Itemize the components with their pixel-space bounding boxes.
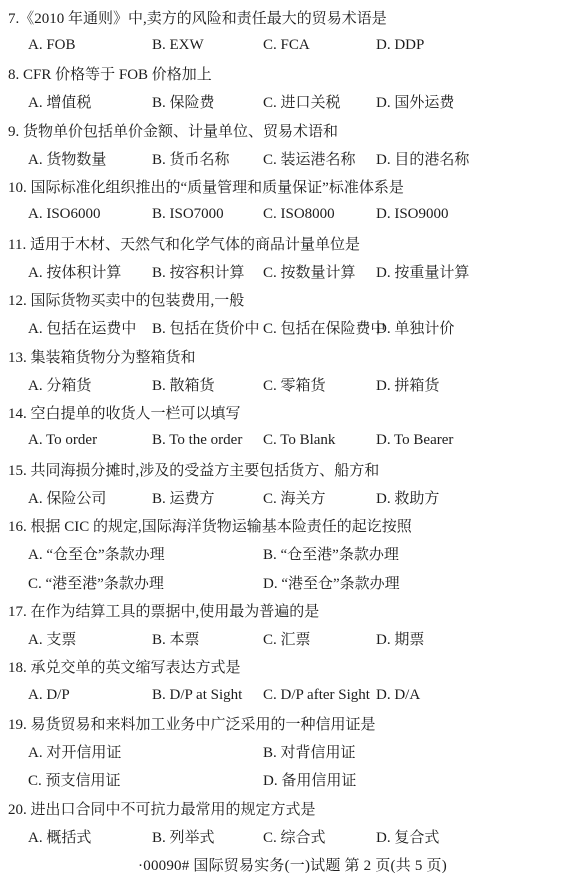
question-19-option-a: A. 对开信用证 (28, 741, 263, 762)
question-18-options-row: A. D/PB. D/P at SightC. D/P after SightD… (0, 681, 585, 709)
question-20-option-c: C. 综合式 (263, 826, 376, 847)
question-20-option-b: B. 列举式 (152, 826, 263, 847)
question-10-option-b: B. ISO7000 (152, 206, 263, 223)
question-9-option-a: A. 货物数量 (28, 148, 152, 169)
question-14-text: 14. 空白提单的收货人一栏可以填写 (0, 399, 585, 427)
question-14-option-b: B. To the order (152, 432, 263, 449)
question-15-option-c: C. 海关方 (263, 487, 376, 508)
question-17-option-a: A. 支票 (28, 628, 152, 649)
question-9-options-row: A. 货物数量B. 货币名称C. 装运港名称D. 目的港名称 (0, 144, 585, 172)
question-13-option-a: A. 分箱货 (28, 374, 152, 395)
question-11-text: 11. 适用于木材、天然气和化学气体的商品计量单位是 (0, 229, 585, 257)
question-8-text: 8. CFR 价格等于 FOB 价格加上 (0, 60, 585, 88)
question-list: 7.《2010 年通则》中,卖方的风险和责任最大的贸易术语是A. FOBB. E… (0, 3, 585, 851)
question-17-option-d: D. 期票 (376, 628, 424, 649)
question-18-option-d: D. D/A (376, 687, 420, 704)
question-12-option-c: C. 包括在保险费中 (263, 317, 376, 338)
question-19-option-c: C. 预支信用证 (28, 769, 263, 790)
question-13-options-row: A. 分箱货B. 散箱货C. 零箱货D. 拼箱货 (0, 370, 585, 398)
question-9-option-c: C. 装运港名称 (263, 148, 376, 169)
question-8-option-c: C. 进口关税 (263, 91, 376, 112)
question-20-text: 20. 进出口合同中不可抗力最常用的规定方式是 (0, 794, 585, 822)
question-16-option-d: D. “港至仓”条款办理 (263, 572, 400, 593)
question-17-text: 17. 在作为结算工具的票据中,使用最为普遍的是 (0, 596, 585, 624)
question-15-text: 15. 共同海损分摊时,涉及的受益方主要包括货方、船方和 (0, 455, 585, 483)
question-7-option-d: D. DDP (376, 37, 424, 54)
question-17-option-c: C. 汇票 (263, 628, 376, 649)
question-12-text: 12. 国际货物买卖中的包装费用,一般 (0, 286, 585, 314)
question-7-options-row: A. FOBB. EXWC. FCAD. DDP (0, 31, 585, 59)
question-18-option-a: A. D/P (28, 687, 152, 704)
question-8-option-d: D. 国外运费 (376, 91, 454, 112)
question-12-option-b: B. 包括在货价中 (152, 317, 263, 338)
question-15-option-a: A. 保险公司 (28, 487, 152, 508)
question-16-option-b: B. “仓至港”条款办理 (263, 543, 399, 564)
question-12-option-d: D. 单独计价 (376, 317, 454, 338)
question-8-option-a: A. 增值税 (28, 91, 152, 112)
question-16-option-a: A. “仓至仓”条款办理 (28, 543, 263, 564)
question-13-option-c: C. 零箱货 (263, 374, 376, 395)
question-7-option-b: B. EXW (152, 37, 263, 54)
question-11-option-b: B. 按容积计算 (152, 261, 263, 282)
question-10-text: 10. 国际标准化组织推出的“质量管理和质量保证”标准体系是 (0, 173, 585, 201)
question-7-option-c: C. FCA (263, 37, 376, 54)
question-8-option-b: B. 保险费 (152, 91, 263, 112)
question-16-text: 16. 根据 CIC 的规定,国际海洋货物运输基本险责任的起讫按照 (0, 512, 585, 540)
question-10-options-row: A. ISO6000B. ISO7000C. ISO8000D. ISO9000 (0, 201, 585, 229)
page-footer: ·00090# 国际贸易实务(一)试题 第 2 页(共 5 页) (0, 851, 585, 879)
question-16-options-row: C. “港至港”条款办理D. “港至仓”条款办理 (0, 568, 585, 596)
question-19-option-b: B. 对背信用证 (263, 741, 356, 762)
question-19-option-d: D. 备用信用证 (263, 769, 356, 790)
question-15-option-d: D. 救助方 (376, 487, 439, 508)
question-14-option-d: D. To Bearer (376, 432, 453, 449)
question-12-option-a: A. 包括在运费中 (28, 317, 152, 338)
question-20-option-d: D. 复合式 (376, 826, 439, 847)
question-7-text: 7.《2010 年通则》中,卖方的风险和责任最大的贸易术语是 (0, 3, 585, 31)
question-14-option-a: A. To order (28, 432, 152, 449)
question-17-option-b: B. 本票 (152, 628, 263, 649)
question-20-option-a: A. 概括式 (28, 826, 152, 847)
question-15-options-row: A. 保险公司B. 运费方C. 海关方D. 救助方 (0, 483, 585, 511)
question-10-option-d: D. ISO9000 (376, 206, 449, 223)
question-16-option-c: C. “港至港”条款办理 (28, 572, 263, 593)
question-20-options-row: A. 概括式B. 列举式C. 综合式D. 复合式 (0, 822, 585, 850)
question-11-option-d: D. 按重量计算 (376, 261, 469, 282)
question-11-option-c: C. 按数量计算 (263, 261, 376, 282)
question-9-text: 9. 货物单价包括单价金额、计量单位、贸易术语和 (0, 116, 585, 144)
question-11-options-row: A. 按体积计算B. 按容积计算C. 按数量计算D. 按重量计算 (0, 257, 585, 285)
question-16-options-row: A. “仓至仓”条款办理B. “仓至港”条款办理 (0, 540, 585, 568)
question-9-option-b: B. 货币名称 (152, 148, 263, 169)
question-19-options-row: A. 对开信用证B. 对背信用证 (0, 738, 585, 766)
question-13-option-b: B. 散箱货 (152, 374, 263, 395)
question-8-options-row: A. 增值税B. 保险费C. 进口关税D. 国外运费 (0, 88, 585, 116)
question-18-option-b: B. D/P at Sight (152, 687, 263, 704)
exam-page: 7.《2010 年通则》中,卖方的风险和责任最大的贸易术语是A. FOBB. E… (0, 0, 585, 879)
question-18-option-c: C. D/P after Sight (263, 687, 376, 704)
question-14-option-c: C. To Blank (263, 432, 376, 449)
question-17-options-row: A. 支票B. 本票C. 汇票D. 期票 (0, 625, 585, 653)
question-12-options-row: A. 包括在运费中B. 包括在货价中C. 包括在保险费中D. 单独计价 (0, 314, 585, 342)
question-11-option-a: A. 按体积计算 (28, 261, 152, 282)
question-19-options-row: C. 预支信用证D. 备用信用证 (0, 766, 585, 794)
question-10-option-c: C. ISO8000 (263, 206, 376, 223)
question-13-option-d: D. 拼箱货 (376, 374, 439, 395)
question-14-options-row: A. To orderB. To the orderC. To BlankD. … (0, 427, 585, 455)
question-15-option-b: B. 运费方 (152, 487, 263, 508)
question-7-option-a: A. FOB (28, 37, 152, 54)
question-18-text: 18. 承兑交单的英文缩写表达方式是 (0, 653, 585, 681)
question-13-text: 13. 集装箱货物分为整箱货和 (0, 342, 585, 370)
question-9-option-d: D. 目的港名称 (376, 148, 469, 169)
question-10-option-a: A. ISO6000 (28, 206, 152, 223)
question-19-text: 19. 易货贸易和来料加工业务中广泛采用的一种信用证是 (0, 709, 585, 737)
